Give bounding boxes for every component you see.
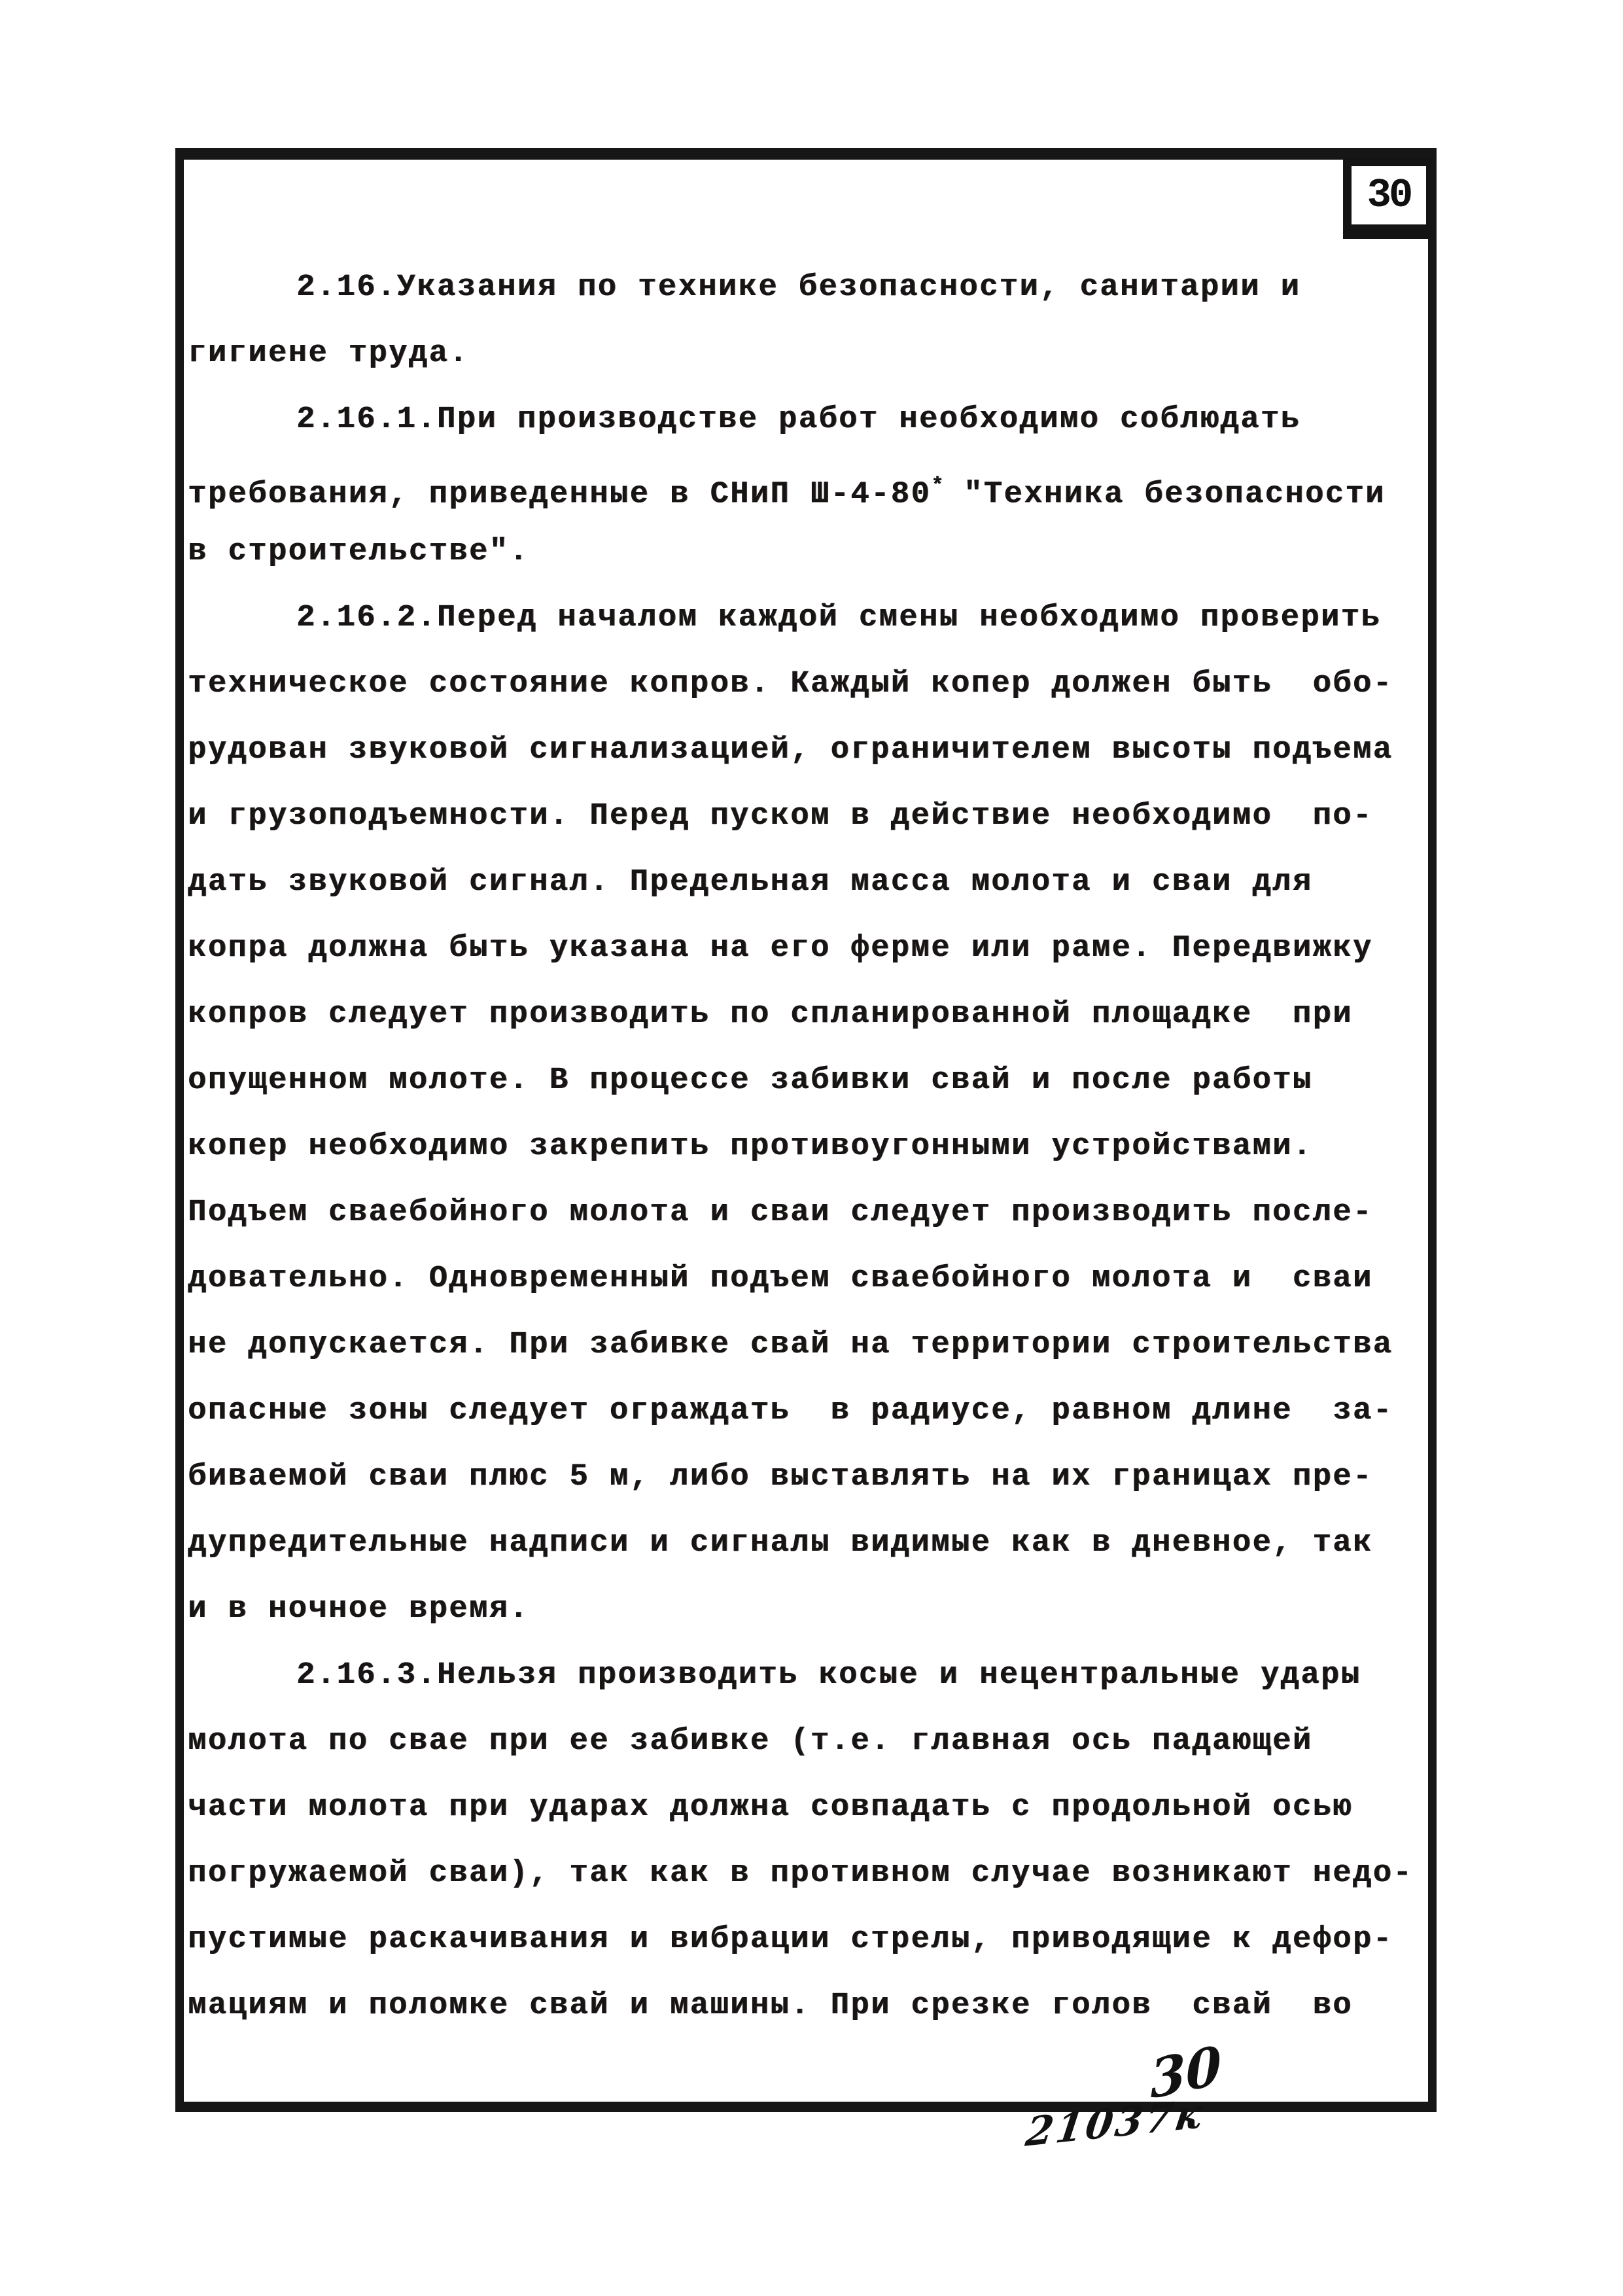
text-line: дать звуковой сигнал. Предельная масса м… [188, 849, 1427, 915]
scanned-document-page: 30 2.16.Указания по технике безопасности… [0, 0, 1623, 2296]
text-line: опущенном молоте. В процессе забивки сва… [188, 1048, 1427, 1114]
text-line: довательно. Одновременный подъем сваебой… [188, 1246, 1427, 1312]
text-line: гигиене труда. [188, 321, 1427, 387]
text-line: не допускается. При забивке свай на терр… [188, 1312, 1427, 1378]
text-line: 2.16.3.Нельзя производить косые и нецент… [188, 1642, 1427, 1708]
page-number: 30 [1367, 172, 1410, 219]
document-text: 2.16.Указания по технике безопасности, с… [188, 255, 1427, 2039]
text-line: опасные зоны следует ограждать в радиусе… [188, 1378, 1427, 1444]
text-line: Подъем сваебойного молота и сваи следует… [188, 1180, 1427, 1246]
text-line: пустимые раскачивания и вибрации стрелы,… [188, 1907, 1427, 1973]
text-line: и в ночное время. [188, 1576, 1427, 1642]
text-segment: "Техника безопасности [943, 478, 1386, 512]
text-line: молота по свае при ее забивке (т.е. глав… [188, 1708, 1427, 1775]
text-line: погружаемой сваи), так как в противном с… [188, 1841, 1427, 1907]
page-number-box: 30 [1343, 158, 1435, 239]
text-line: рудован звуковой сигнализацией, ограничи… [188, 717, 1427, 783]
text-line: копров следует производить по спланирова… [188, 981, 1427, 1048]
superscript-asterisk: * [931, 474, 943, 498]
text-line: дупредительные надписи и сигналы видимые… [188, 1510, 1427, 1576]
text-line: требования, приведенные в СНиП Ш-4-80* "… [188, 453, 1427, 519]
text-line: 2.16.2.Перед началом каждой смены необхо… [188, 585, 1427, 651]
text-line: копра должна быть указана на его ферме и… [188, 915, 1427, 981]
text-line: мациям и поломке свай и машины. При срез… [188, 1973, 1427, 2039]
text-line: 2.16.Указания по технике безопасности, с… [188, 255, 1427, 321]
text-line: биваемой сваи плюс 5 м, либо выставлять … [188, 1444, 1427, 1510]
text-segment: требования, приведенные в СНиП Ш-4-80 [188, 478, 931, 512]
text-line: и грузоподъемности. Перед пуском в дейст… [188, 783, 1427, 849]
text-line: техническое состояние копров. Каждый коп… [188, 651, 1427, 717]
text-line: копер необходимо закрепить противоугонны… [188, 1114, 1427, 1180]
text-line: в строительстве". [188, 519, 1427, 585]
text-line: части молота при ударах должна совпадать… [188, 1775, 1427, 1841]
text-line: 2.16.1.При производстве работ необходимо… [188, 387, 1427, 453]
